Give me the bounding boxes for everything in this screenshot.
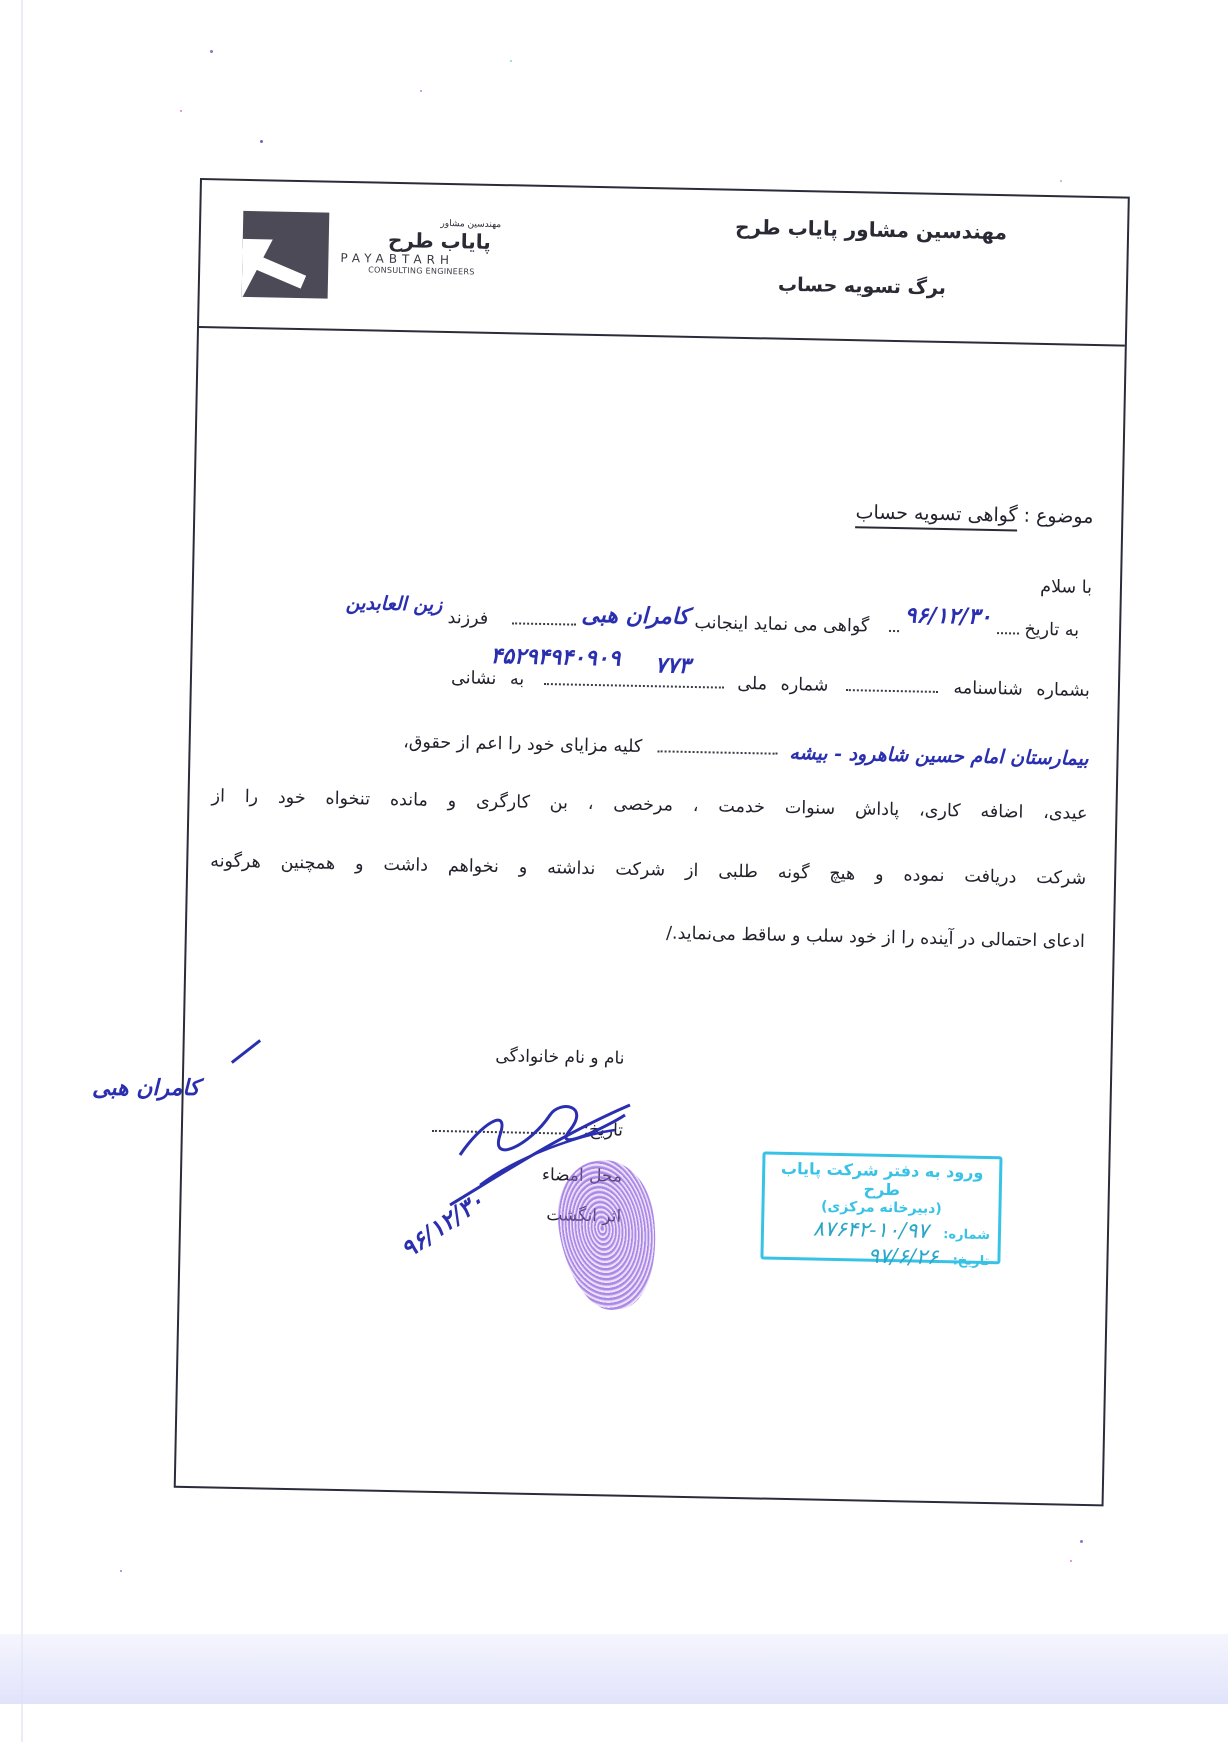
scan-edge-line <box>21 0 23 1742</box>
body-line-3: بیمارستان امام حسین شاهرود - بیشه کلیه م… <box>213 726 1089 766</box>
handwritten-national-id: ۴۵۲۹۴۹۴۰۹۰۹ <box>490 643 620 672</box>
header-divider <box>199 326 1125 347</box>
letter-body: با سلام به تاریخ ۹۶/۱۲/۳۰ گواهی می نماید… <box>208 560 1092 997</box>
handwritten-id-number: ۷۷۳ <box>655 652 691 679</box>
handwritten-date: ۹۶/۱۲/۳۰ <box>904 602 991 630</box>
body-line-2: بشماره شناسنامه ۷۷۳ شماره ملی ۴۵۲۹۴۹۴۰۹۰… <box>214 663 1090 701</box>
stamp-number-value: ۱۰/۹۷-۸۷۶۴۲ <box>813 1217 929 1243</box>
scan-shadow-band <box>0 1634 1228 1704</box>
body-line-5: شرکت دریافت نموده و هیچ گونه طلبی از شرک… <box>210 851 1086 889</box>
form-title: برگ تسویه حساب <box>778 274 946 299</box>
id-number-label: بشماره شناسنامه <box>953 678 1090 701</box>
handwritten-father-name: زین العابدین <box>346 592 443 616</box>
stamp-number-row: شماره: ۱۰/۹۷-۸۷۶۴۲ <box>772 1216 990 1244</box>
handwritten-address: بیمارستان امام حسین شاهرود - بیشه <box>789 742 1089 770</box>
stamp-date-value: ۹۷/۶/۲۶ <box>867 1244 938 1269</box>
company-name: مهندسین مشاور پایاب طرح <box>735 215 1007 244</box>
stamp-date-label: تاریخ: <box>953 1253 990 1269</box>
stamp-subtitle: (دبیرخانه مرکزی) <box>772 1198 990 1218</box>
benefits-text: کلیه مزایای خود را اعم از حقوق، <box>403 732 642 757</box>
child-of-label: فرزند <box>447 608 488 629</box>
stamp-number-label: شماره: <box>943 1227 990 1243</box>
handwritten-full-name: کامران هبی <box>92 1075 200 1101</box>
payabtarh-logo-icon <box>242 211 330 299</box>
certify-text: گواهی می نماید اینجانب <box>694 613 869 637</box>
stamp-title: ورود به دفتر شرکت پایاب طرح <box>773 1159 992 1201</box>
address-label: به نشانی <box>451 668 524 689</box>
logo-subtitle-en: CONSULTING ENGINEERS <box>368 265 510 277</box>
stamp-date-row: تاریخ: ۹۷/۶/۲۶ <box>771 1242 989 1270</box>
handwritten-name: کامران هبی <box>581 602 689 630</box>
national-id-label: شماره ملی <box>737 674 828 696</box>
signature-block: نام و نام خانوادگی تاریخ: محل امضاء اثر … <box>385 1044 625 1049</box>
company-logo-text: مهندسین مشاور پایاب طرح PAYABTARH CONSUL… <box>330 217 511 278</box>
full-name-label: نام و نام خانوادگی <box>495 1046 624 1069</box>
subject-line: موضوع : گواهی تسویه حساب <box>855 501 1093 528</box>
logo-name-fa: پایاب طرح <box>331 227 491 254</box>
date-prefix-label: به تاریخ <box>1024 620 1079 641</box>
body-line-4: عیدی، اضافه کاری، پاداش سنوات خدمت ، مرخ… <box>211 786 1087 824</box>
body-line-6: ادعای احتمالی در آینده را از خود سلب و س… <box>209 914 1085 952</box>
received-stamp: ورود به دفتر شرکت پایاب طرح (دبیرخانه مر… <box>760 1151 1002 1264</box>
body-line-1: به تاریخ ۹۶/۱۲/۳۰ گواهی می نماید اینجانب… <box>215 598 1091 642</box>
subject-label: موضوع : <box>1023 505 1093 528</box>
form-frame: مهندسین مشاور پایاب طرح PAYABTARH CONSUL… <box>174 178 1130 1506</box>
subject-value: گواهی تسویه حساب <box>855 501 1017 531</box>
